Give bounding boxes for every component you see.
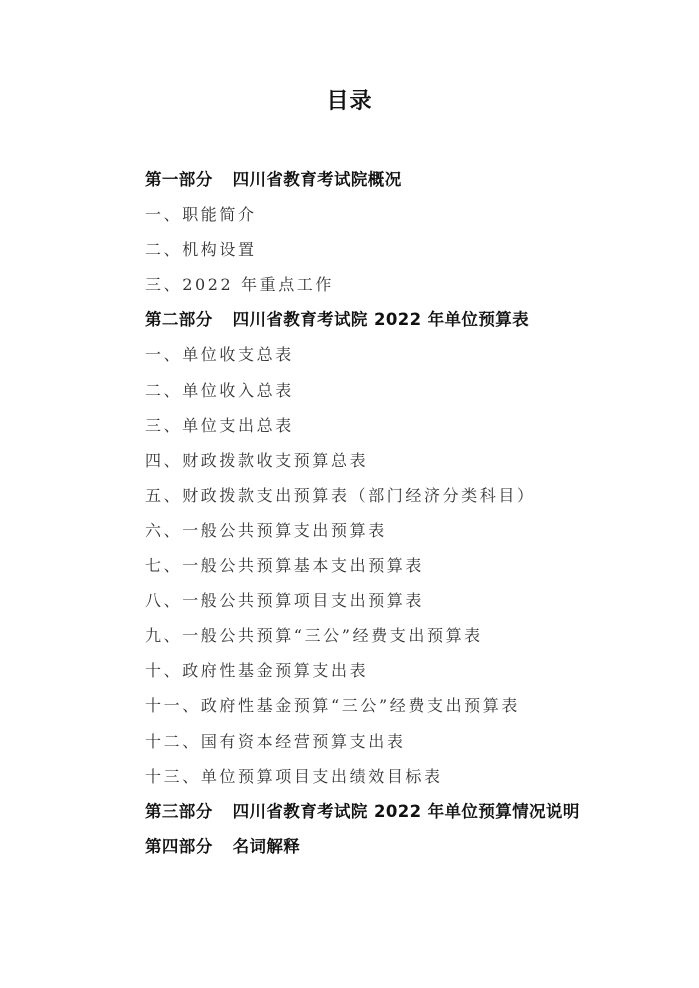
toc-part-number: 第二部分	[145, 306, 213, 334]
toc-item-title: 一般公共预算支出预算表	[182, 521, 387, 540]
toc-item-title: 国有资本经营预算支出表	[201, 732, 406, 751]
toc-item: 七、一般公共预算基本支出预算表	[145, 552, 665, 587]
toc-item-title: 单位收支总表	[182, 345, 294, 364]
toc-part-title: 四川省教育考试院概况	[233, 170, 402, 189]
toc-item-title: 政府性基金预算“三公”经费支出预算表	[201, 696, 520, 715]
toc-item: 三、单位支出总表	[145, 412, 665, 447]
toc-item: 四、财政拨款收支预算总表	[145, 447, 665, 482]
toc-item-number: 十一、	[145, 692, 201, 720]
toc-item-title: 机构设置	[182, 240, 256, 259]
toc-item-number: 六、	[145, 517, 182, 545]
toc-item-number: 三、	[145, 271, 182, 299]
toc-item-number: 九、	[145, 622, 182, 650]
toc-item-title: 一般公共预算项目支出预算表	[182, 591, 424, 610]
toc-item: 十、政府性基金预算支出表	[145, 657, 665, 692]
toc-item: 九、一般公共预算“三公”经费支出预算表	[145, 622, 665, 657]
toc-part-1: 第一部分四川省教育考试院概况	[145, 166, 665, 201]
toc-item-title: 政府性基金预算支出表	[182, 661, 368, 680]
toc-item-title: 单位收入总表	[182, 381, 294, 400]
toc-item-title: 财政拨款支出预算表（部门经济分类科目）	[182, 486, 535, 505]
toc-item-title: 财政拨款收支预算总表	[182, 451, 368, 470]
toc-part-title: 四川省教育考试院 2022 年单位预算情况说明	[233, 802, 580, 821]
toc-part-number: 第一部分	[145, 166, 213, 194]
toc-item: 十二、国有资本经营预算支出表	[145, 728, 665, 763]
toc-part-number: 第三部分	[145, 798, 213, 826]
table-of-contents: 第一部分四川省教育考试院概况 一、职能简介 二、机构设置 三、2022 年重点工…	[145, 166, 665, 868]
toc-item-number: 二、	[145, 377, 182, 405]
toc-item: 三、2022 年重点工作	[145, 271, 665, 306]
toc-item-title: 单位支出总表	[182, 416, 294, 435]
document-page: 目录 第一部分四川省教育考试院概况 一、职能简介 二、机构设置 三、2022 年…	[0, 0, 699, 988]
toc-item-title: 一般公共预算基本支出预算表	[182, 556, 424, 575]
toc-item-number: 十二、	[145, 728, 201, 756]
toc-item-title: 一般公共预算“三公”经费支出预算表	[182, 626, 483, 645]
toc-item: 一、职能简介	[145, 201, 665, 236]
toc-item-number: 一、	[145, 341, 182, 369]
toc-item: 一、单位收支总表	[145, 341, 665, 376]
toc-item: 二、机构设置	[145, 236, 665, 271]
toc-part-title: 名词解释	[233, 837, 301, 856]
toc-item: 八、一般公共预算项目支出预算表	[145, 587, 665, 622]
toc-part-title: 四川省教育考试院 2022 年单位预算表	[233, 310, 529, 329]
toc-item: 十三、单位预算项目支出绩效目标表	[145, 763, 665, 798]
toc-part-4: 第四部分名词解释	[145, 833, 665, 868]
toc-item-number: 八、	[145, 587, 182, 615]
toc-item: 五、财政拨款支出预算表（部门经济分类科目）	[145, 482, 665, 517]
toc-part-number: 第四部分	[145, 833, 213, 861]
toc-item: 六、一般公共预算支出预算表	[145, 517, 665, 552]
toc-item: 十一、政府性基金预算“三公”经费支出预算表	[145, 692, 665, 727]
toc-part-2: 第二部分四川省教育考试院 2022 年单位预算表	[145, 306, 665, 341]
toc-item-number: 十三、	[145, 763, 201, 791]
toc-item-title: 职能简介	[182, 205, 256, 224]
toc-item-title: 单位预算项目支出绩效目标表	[201, 767, 443, 786]
toc-item: 二、单位收入总表	[145, 377, 665, 412]
toc-item-title: 2022 年重点工作	[182, 275, 334, 294]
toc-item-number: 十、	[145, 657, 182, 685]
toc-item-number: 一、	[145, 201, 182, 229]
toc-item-number: 五、	[145, 482, 182, 510]
toc-item-number: 七、	[145, 552, 182, 580]
toc-item-number: 四、	[145, 447, 182, 475]
toc-item-number: 三、	[145, 412, 182, 440]
toc-part-3: 第三部分四川省教育考试院 2022 年单位预算情况说明	[145, 798, 665, 833]
toc-item-number: 二、	[145, 236, 182, 264]
page-title: 目录	[0, 88, 699, 116]
